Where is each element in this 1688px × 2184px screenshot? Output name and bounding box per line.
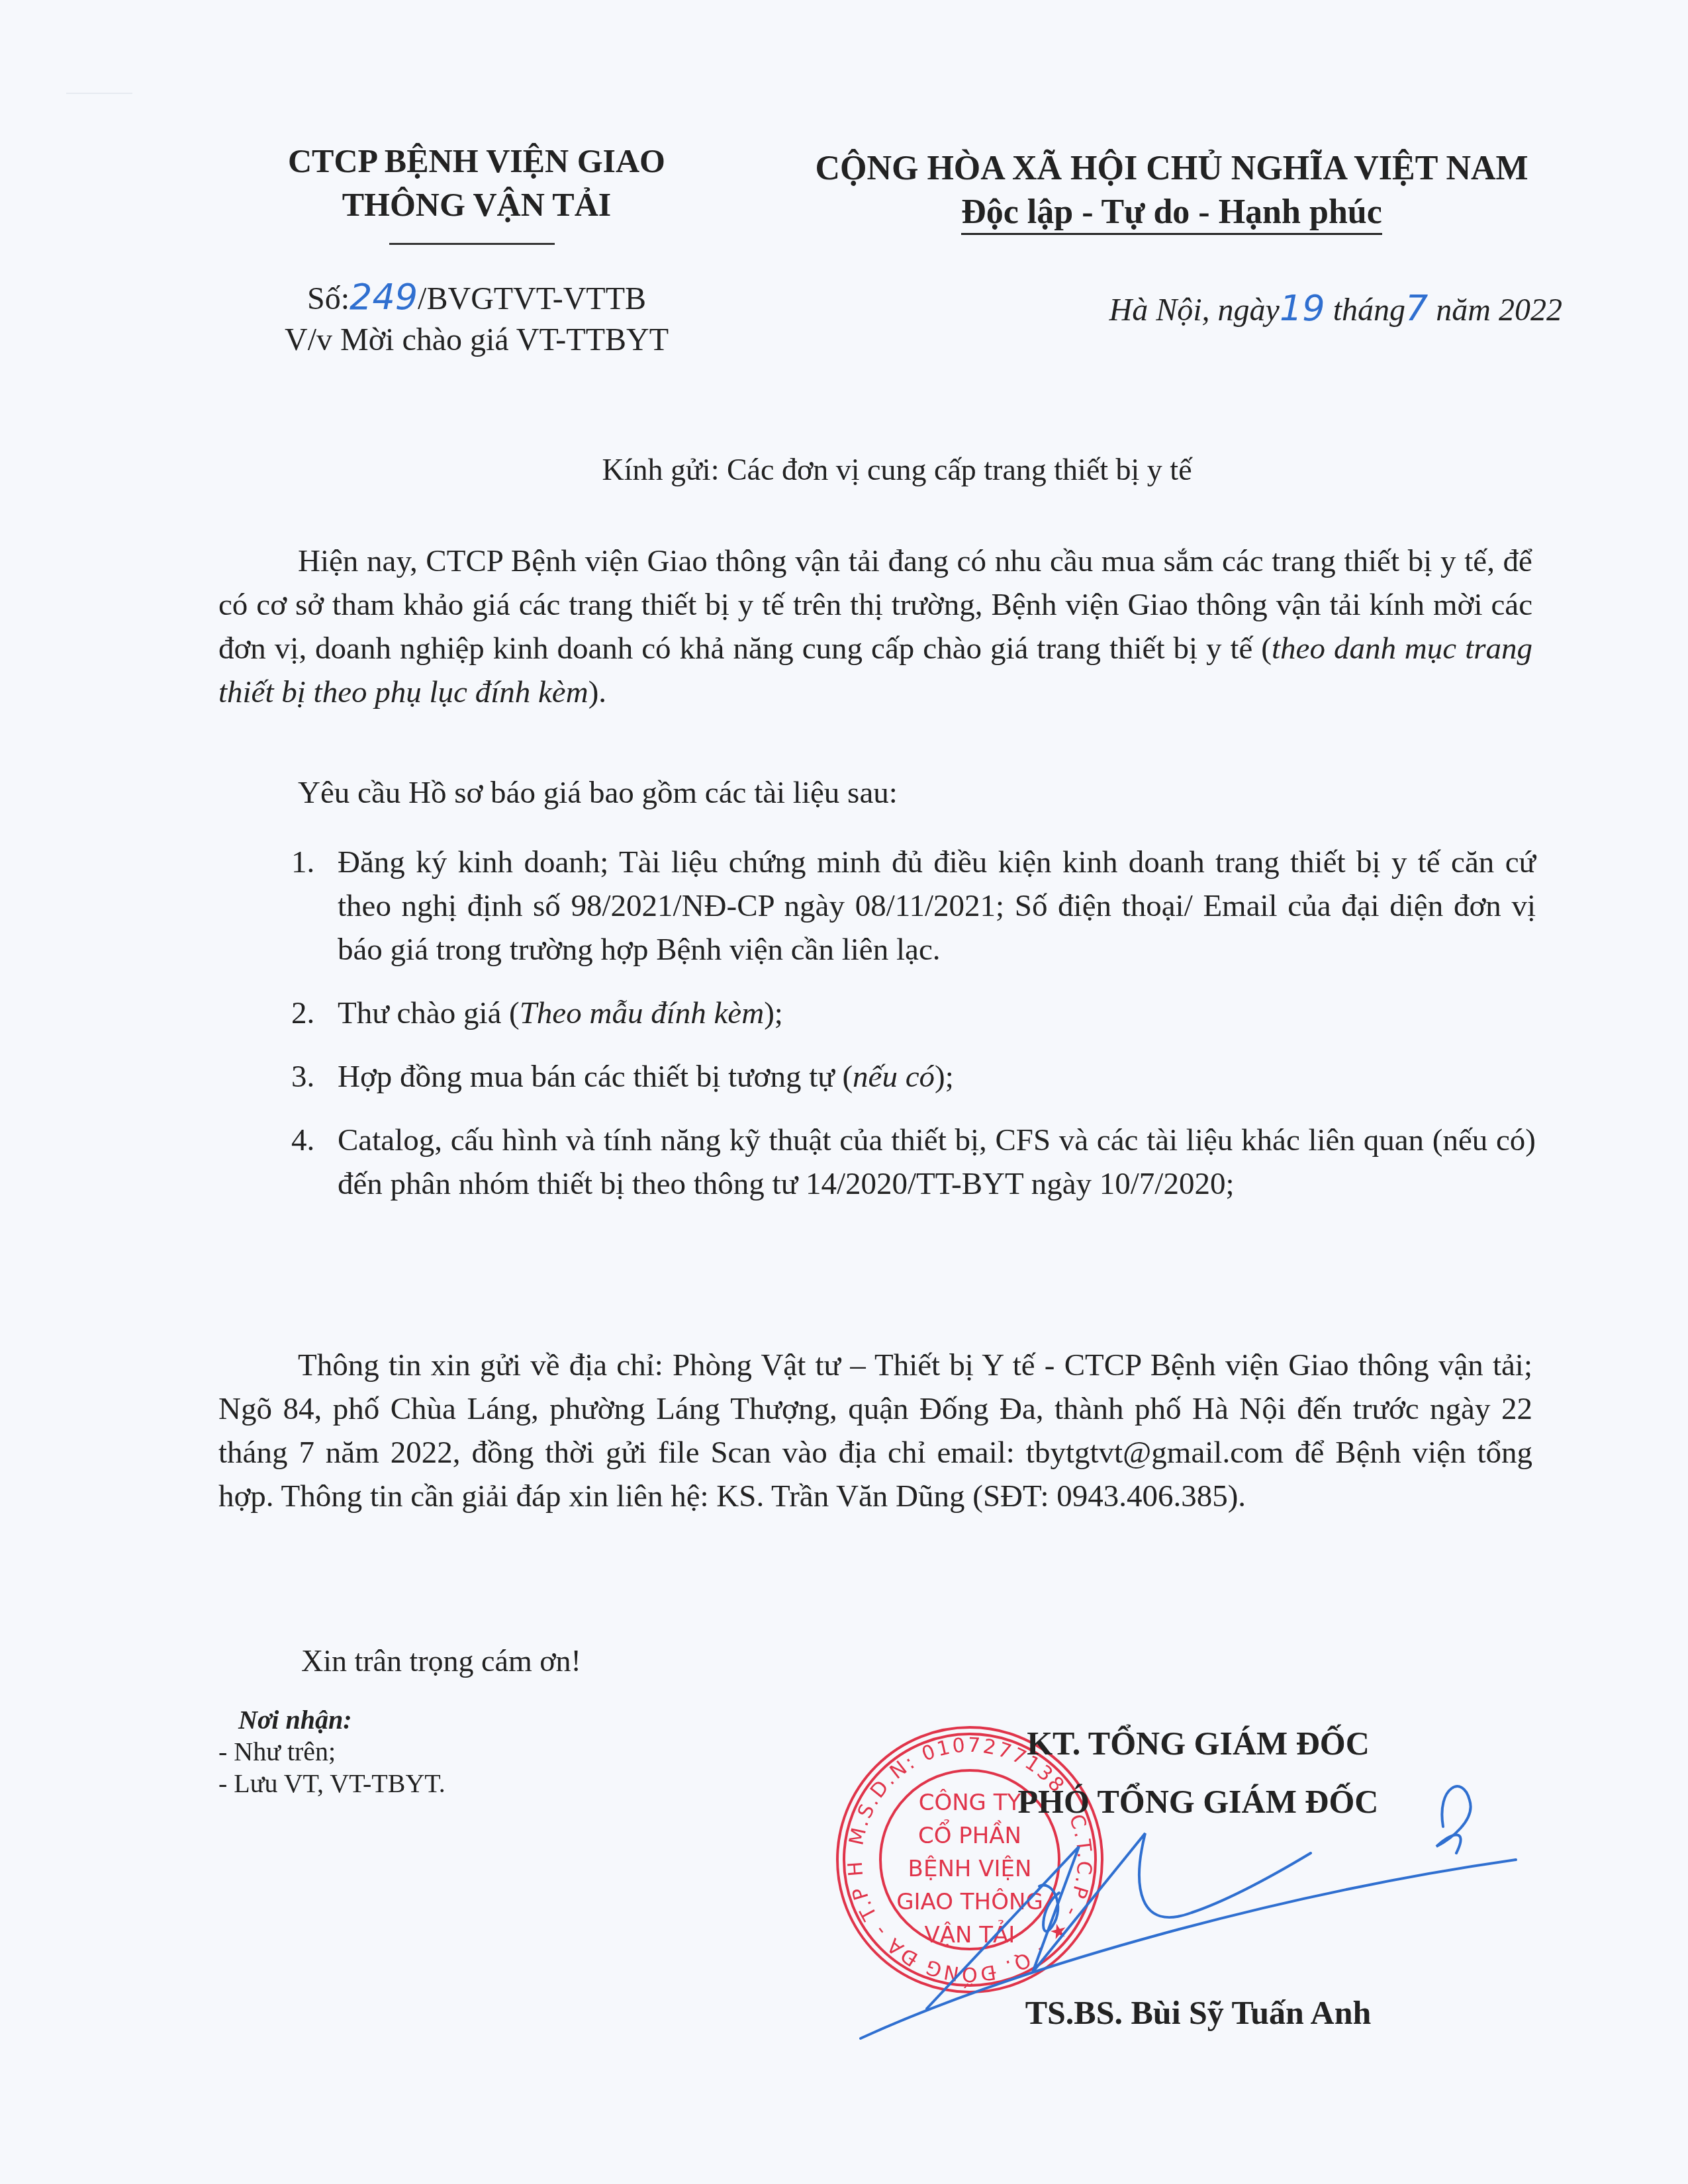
requirement-number: 3. (291, 1055, 338, 1099)
motto: Độc lập - Tự do - Hạnh phúc (768, 191, 1575, 234)
header-divider (389, 243, 555, 245)
recipients-title: Nơi nhận: (218, 1704, 445, 1736)
document-number: Số:249/BVGTVT-VTTB V/v Mời chào giá VT-T… (245, 277, 708, 361)
handwritten-month: 7 (1405, 287, 1428, 329)
requirements-title: Yêu cầu Hồ sơ báo giá bao gồm các tài li… (298, 771, 898, 815)
document-subject: V/v Mời chào giá VT-TTBYT (245, 320, 708, 361)
scan-artifact (66, 93, 132, 98)
salutation: Kính gửi: Các đơn vị cung cấp trang thiế… (252, 450, 1542, 490)
org-name-line2: THÔNG VẬN TẢI (245, 183, 708, 226)
requirement-item: 4.Catalog, cấu hình và tính năng kỹ thuậ… (291, 1118, 1536, 1206)
intro-paragraph: Hiện nay, CTCP Bệnh viện Giao thông vận … (218, 539, 1532, 714)
recipients-block: Nơi nhận: - Như trên; - Lưu VT, VT-TBYT. (218, 1704, 445, 1799)
requirement-text: Thư chào giá (Theo mẫu đính kèm); (338, 991, 1536, 1035)
recipient-item: - Lưu VT, VT-TBYT. (218, 1768, 445, 1799)
requirement-text: Đăng ký kinh doanh; Tài liệu chứng minh … (338, 841, 1536, 972)
requirement-number: 4. (291, 1118, 338, 1206)
national-heading: CỘNG HÒA XÃ HỘI CHỦ NGHĨA VIỆT NAM Độc l… (768, 147, 1575, 234)
requirement-item: 3.Hợp đồng mua bán các thiết bị tương tự… (291, 1055, 1536, 1099)
document-date: Hà Nội, ngày19 tháng7 năm 2022 (1019, 288, 1562, 331)
requirement-number: 1. (291, 841, 338, 972)
requirement-text: Hợp đồng mua bán các thiết bị tương tự (… (338, 1055, 1536, 1099)
recipient-item: - Như trên; (218, 1736, 445, 1768)
nation-title: CỘNG HÒA XÃ HỘI CHỦ NGHĨA VIỆT NAM (768, 147, 1575, 191)
requirement-item: 1.Đăng ký kinh doanh; Tài liệu chứng min… (291, 841, 1536, 972)
requirement-number: 2. (291, 991, 338, 1035)
org-name-line1: CTCP BỆNH VIỆN GIAO (245, 139, 708, 183)
signer-name: TS.BS. Bùi Sỹ Tuấn Anh (900, 1993, 1496, 2032)
closing-line: Xin trân trọng cám ơn! (301, 1641, 581, 1681)
handwritten-day: 19 (1280, 287, 1325, 329)
requirement-item: 2.Thư chào giá (Theo mẫu đính kèm); (291, 991, 1536, 1035)
handwritten-doc-number: 249 (350, 276, 418, 318)
requirement-text: Catalog, cấu hình và tính năng kỹ thuật … (338, 1118, 1536, 1206)
issuing-organization: CTCP BỆNH VIỆN GIAO THÔNG VẬN TẢI (245, 139, 708, 226)
requirements-list: 1.Đăng ký kinh doanh; Tài liệu chứng min… (291, 841, 1536, 1226)
contact-paragraph: Thông tin xin gửi về địa chỉ: Phòng Vật … (218, 1343, 1532, 1518)
